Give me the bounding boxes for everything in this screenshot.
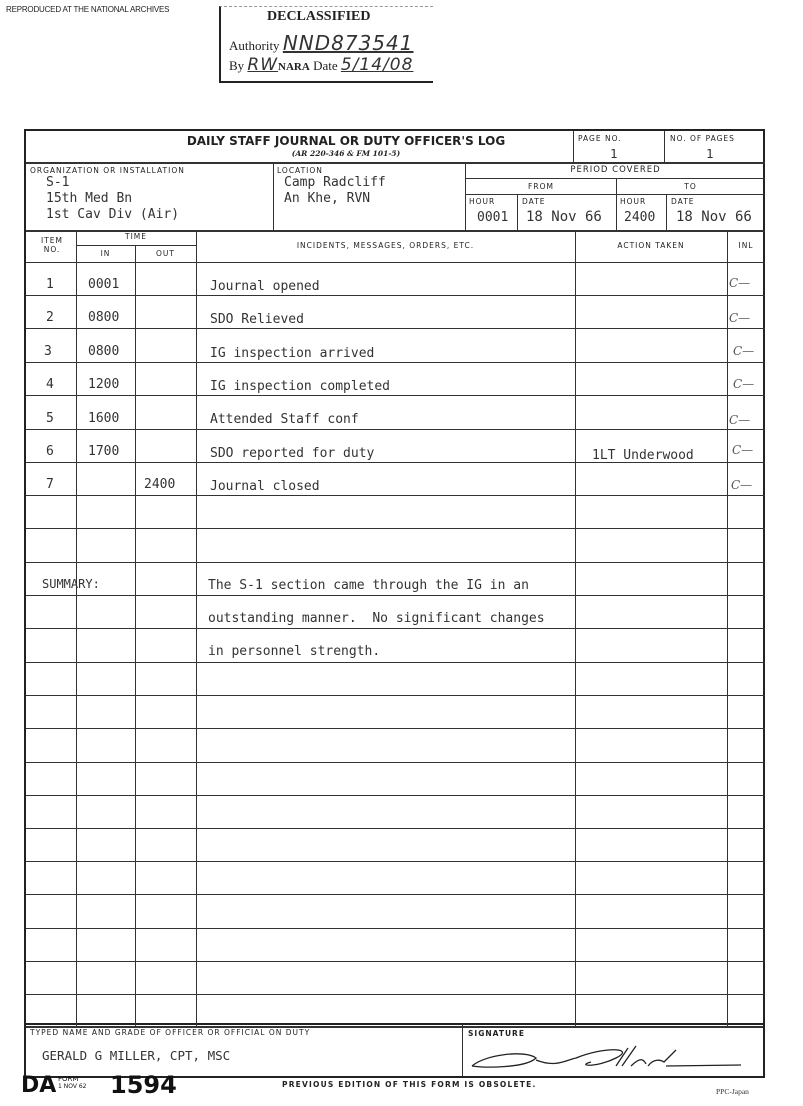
printer-mark: PPC-Japan <box>716 1087 749 1096</box>
time-in: 0800 <box>88 344 119 359</box>
page-no-value: 1 <box>610 146 618 161</box>
from-hour-value: 0001 <box>477 210 508 225</box>
row-line <box>26 429 765 430</box>
action-header: ACTION TAKEN <box>575 241 727 250</box>
officer-label: TYPED NAME AND GRADE OF OFFICER OR OFFIC… <box>30 1028 310 1037</box>
organization-line-3: 1st Cav Div (Air) <box>46 207 179 222</box>
item-no: 6 <box>46 444 54 459</box>
in-header: IN <box>76 249 135 258</box>
row-line <box>26 362 765 363</box>
time-in: 1200 <box>88 377 119 392</box>
form-word-date: FORM 1 NOV 62 <box>58 1076 86 1090</box>
entry-text: IG inspection completed <box>210 379 390 394</box>
initials: C— <box>733 344 754 358</box>
entry-text: IG inspection arrived <box>210 346 374 361</box>
item-no: 5 <box>46 411 54 426</box>
time-in: 0001 <box>88 277 119 292</box>
row-line <box>26 894 765 895</box>
row-line <box>26 262 765 263</box>
row-line <box>26 628 765 629</box>
authority-value: NND873541 <box>283 31 414 55</box>
divider <box>26 162 765 164</box>
nara-label: NARA <box>278 61 310 73</box>
divider <box>573 131 574 163</box>
organization-label: ORGANIZATION OR INSTALLATION <box>30 166 185 175</box>
summary-line-3: in personnel strength. <box>208 644 380 659</box>
item-header: ITEM <box>28 236 76 245</box>
summary-line-1: The S-1 section came through the IG in a… <box>208 578 529 593</box>
row-line <box>26 861 765 862</box>
action-taken: 1LT Underwood <box>592 448 694 463</box>
row-line <box>26 994 765 995</box>
form-number: 1594 <box>110 1071 177 1099</box>
item-no: 4 <box>46 377 54 392</box>
location-line-2: An Khe, RVN <box>284 191 370 206</box>
organization-line-1: S-1 <box>46 175 69 190</box>
to-date-value: 18 Nov 66 <box>676 209 752 225</box>
to-hour-value: 2400 <box>624 210 655 225</box>
divider <box>273 163 274 230</box>
authority-label: Authority <box>229 38 280 53</box>
date-label: Date <box>313 58 338 73</box>
form-prefix: DA <box>21 1073 56 1098</box>
to-date-label: DATE <box>671 197 695 206</box>
row-line <box>26 728 765 729</box>
to-hour-label: HOUR <box>620 197 646 206</box>
entry-text: SDO Relieved <box>210 312 304 327</box>
journal-form: DAILY STAFF JOURNAL OR DUTY OFFICER'S LO… <box>24 129 765 1025</box>
period-covered-label: PERIOD COVERED <box>466 165 765 175</box>
form-date: 1 NOV 62 <box>58 1083 86 1090</box>
by-label: By <box>229 58 244 73</box>
from-date-value: 18 Nov 66 <box>526 209 602 225</box>
form-title: DAILY STAFF JOURNAL OR DUTY OFFICER'S LO… <box>136 134 556 148</box>
obsolete-note: PREVIOUS EDITION OF THIS FORM IS OBSOLET… <box>282 1080 537 1089</box>
inl-header: INL <box>727 241 765 250</box>
organization-line-2: 15th Med Bn <box>46 191 132 206</box>
row-line <box>26 961 765 962</box>
item-no: 2 <box>46 310 54 325</box>
num-pages-value: 1 <box>706 146 714 161</box>
initials: C— <box>729 311 750 325</box>
row-line <box>26 762 765 763</box>
item-no: 1 <box>46 277 54 292</box>
signature-label: SIGNATURE <box>468 1029 525 1038</box>
initials: C— <box>729 276 750 290</box>
divider <box>465 194 765 195</box>
initials: C— <box>731 478 752 492</box>
divider <box>465 178 765 179</box>
officer-block: TYPED NAME AND GRADE OF OFFICER OR OFFIC… <box>24 1024 765 1078</box>
by-value: RW <box>247 55 278 75</box>
item-no: 3 <box>44 344 52 359</box>
divider <box>76 245 196 246</box>
row-line <box>26 528 765 529</box>
page-no-label: PAGE NO. <box>578 134 622 143</box>
time-in: 0800 <box>88 310 119 325</box>
divider <box>462 1024 463 1076</box>
row-line <box>26 495 765 496</box>
initials: C— <box>732 443 753 457</box>
initials: C— <box>729 413 750 427</box>
row-line <box>26 795 765 796</box>
from-label: FROM <box>466 182 616 191</box>
row-line <box>26 595 765 596</box>
row-line <box>26 562 765 563</box>
declassified-stamp: DECLASSIFIED Authority NND873541 By RWNA… <box>219 6 433 83</box>
out-header: OUT <box>135 249 196 258</box>
from-date-label: DATE <box>522 197 546 206</box>
time-out: 2400 <box>144 477 175 492</box>
row-line <box>26 295 765 296</box>
entry-text: SDO reported for duty <box>210 446 374 461</box>
date-value: 5/14/08 <box>341 55 414 75</box>
row-line <box>26 662 765 663</box>
time-in: 1600 <box>88 411 119 426</box>
row-line <box>26 328 765 329</box>
archive-note: REPRODUCED AT THE NATIONAL ARCHIVES <box>6 5 169 14</box>
summary-line-2: outstanding manner. No significant chang… <box>208 611 545 626</box>
summary-label: SUMMARY: <box>42 577 100 591</box>
entry-text: Journal opened <box>210 279 320 294</box>
officer-name: GERALD G MILLER, CPT, MSC <box>42 1048 230 1063</box>
time-in: 1700 <box>88 444 119 459</box>
signature-icon <box>466 1038 756 1074</box>
incidents-header: INCIDENTS, MESSAGES, ORDERS, ETC. <box>196 241 575 250</box>
divider <box>616 178 617 230</box>
row-line <box>26 695 765 696</box>
row-line <box>26 395 765 396</box>
item-no: 7 <box>46 477 54 492</box>
num-pages-label: NO. OF PAGES <box>670 134 735 143</box>
form-word: FORM <box>58 1076 86 1083</box>
stamp-authority: Authority NND873541 <box>229 31 413 55</box>
divider <box>664 131 665 163</box>
row-line <box>26 928 765 929</box>
stamp-by: By RWNARA Date 5/14/08 <box>229 55 413 75</box>
location-label: LOCATION <box>277 166 323 175</box>
form-subtitle: (AR 220-346 & FM 101-5) <box>136 149 556 158</box>
divider <box>666 194 667 230</box>
stamp-title: DECLASSIFIED <box>267 9 370 25</box>
initials: C— <box>733 377 754 391</box>
from-hour-label: HOUR <box>469 197 495 206</box>
location-line-1: Camp Radcliff <box>284 175 386 190</box>
time-header: TIME <box>76 232 196 241</box>
divider <box>517 194 518 230</box>
to-label: TO <box>616 182 765 191</box>
no-header: NO. <box>28 245 76 254</box>
row-line <box>26 828 765 829</box>
entry-text: Attended Staff conf <box>210 412 359 427</box>
entry-text: Journal closed <box>210 479 320 494</box>
